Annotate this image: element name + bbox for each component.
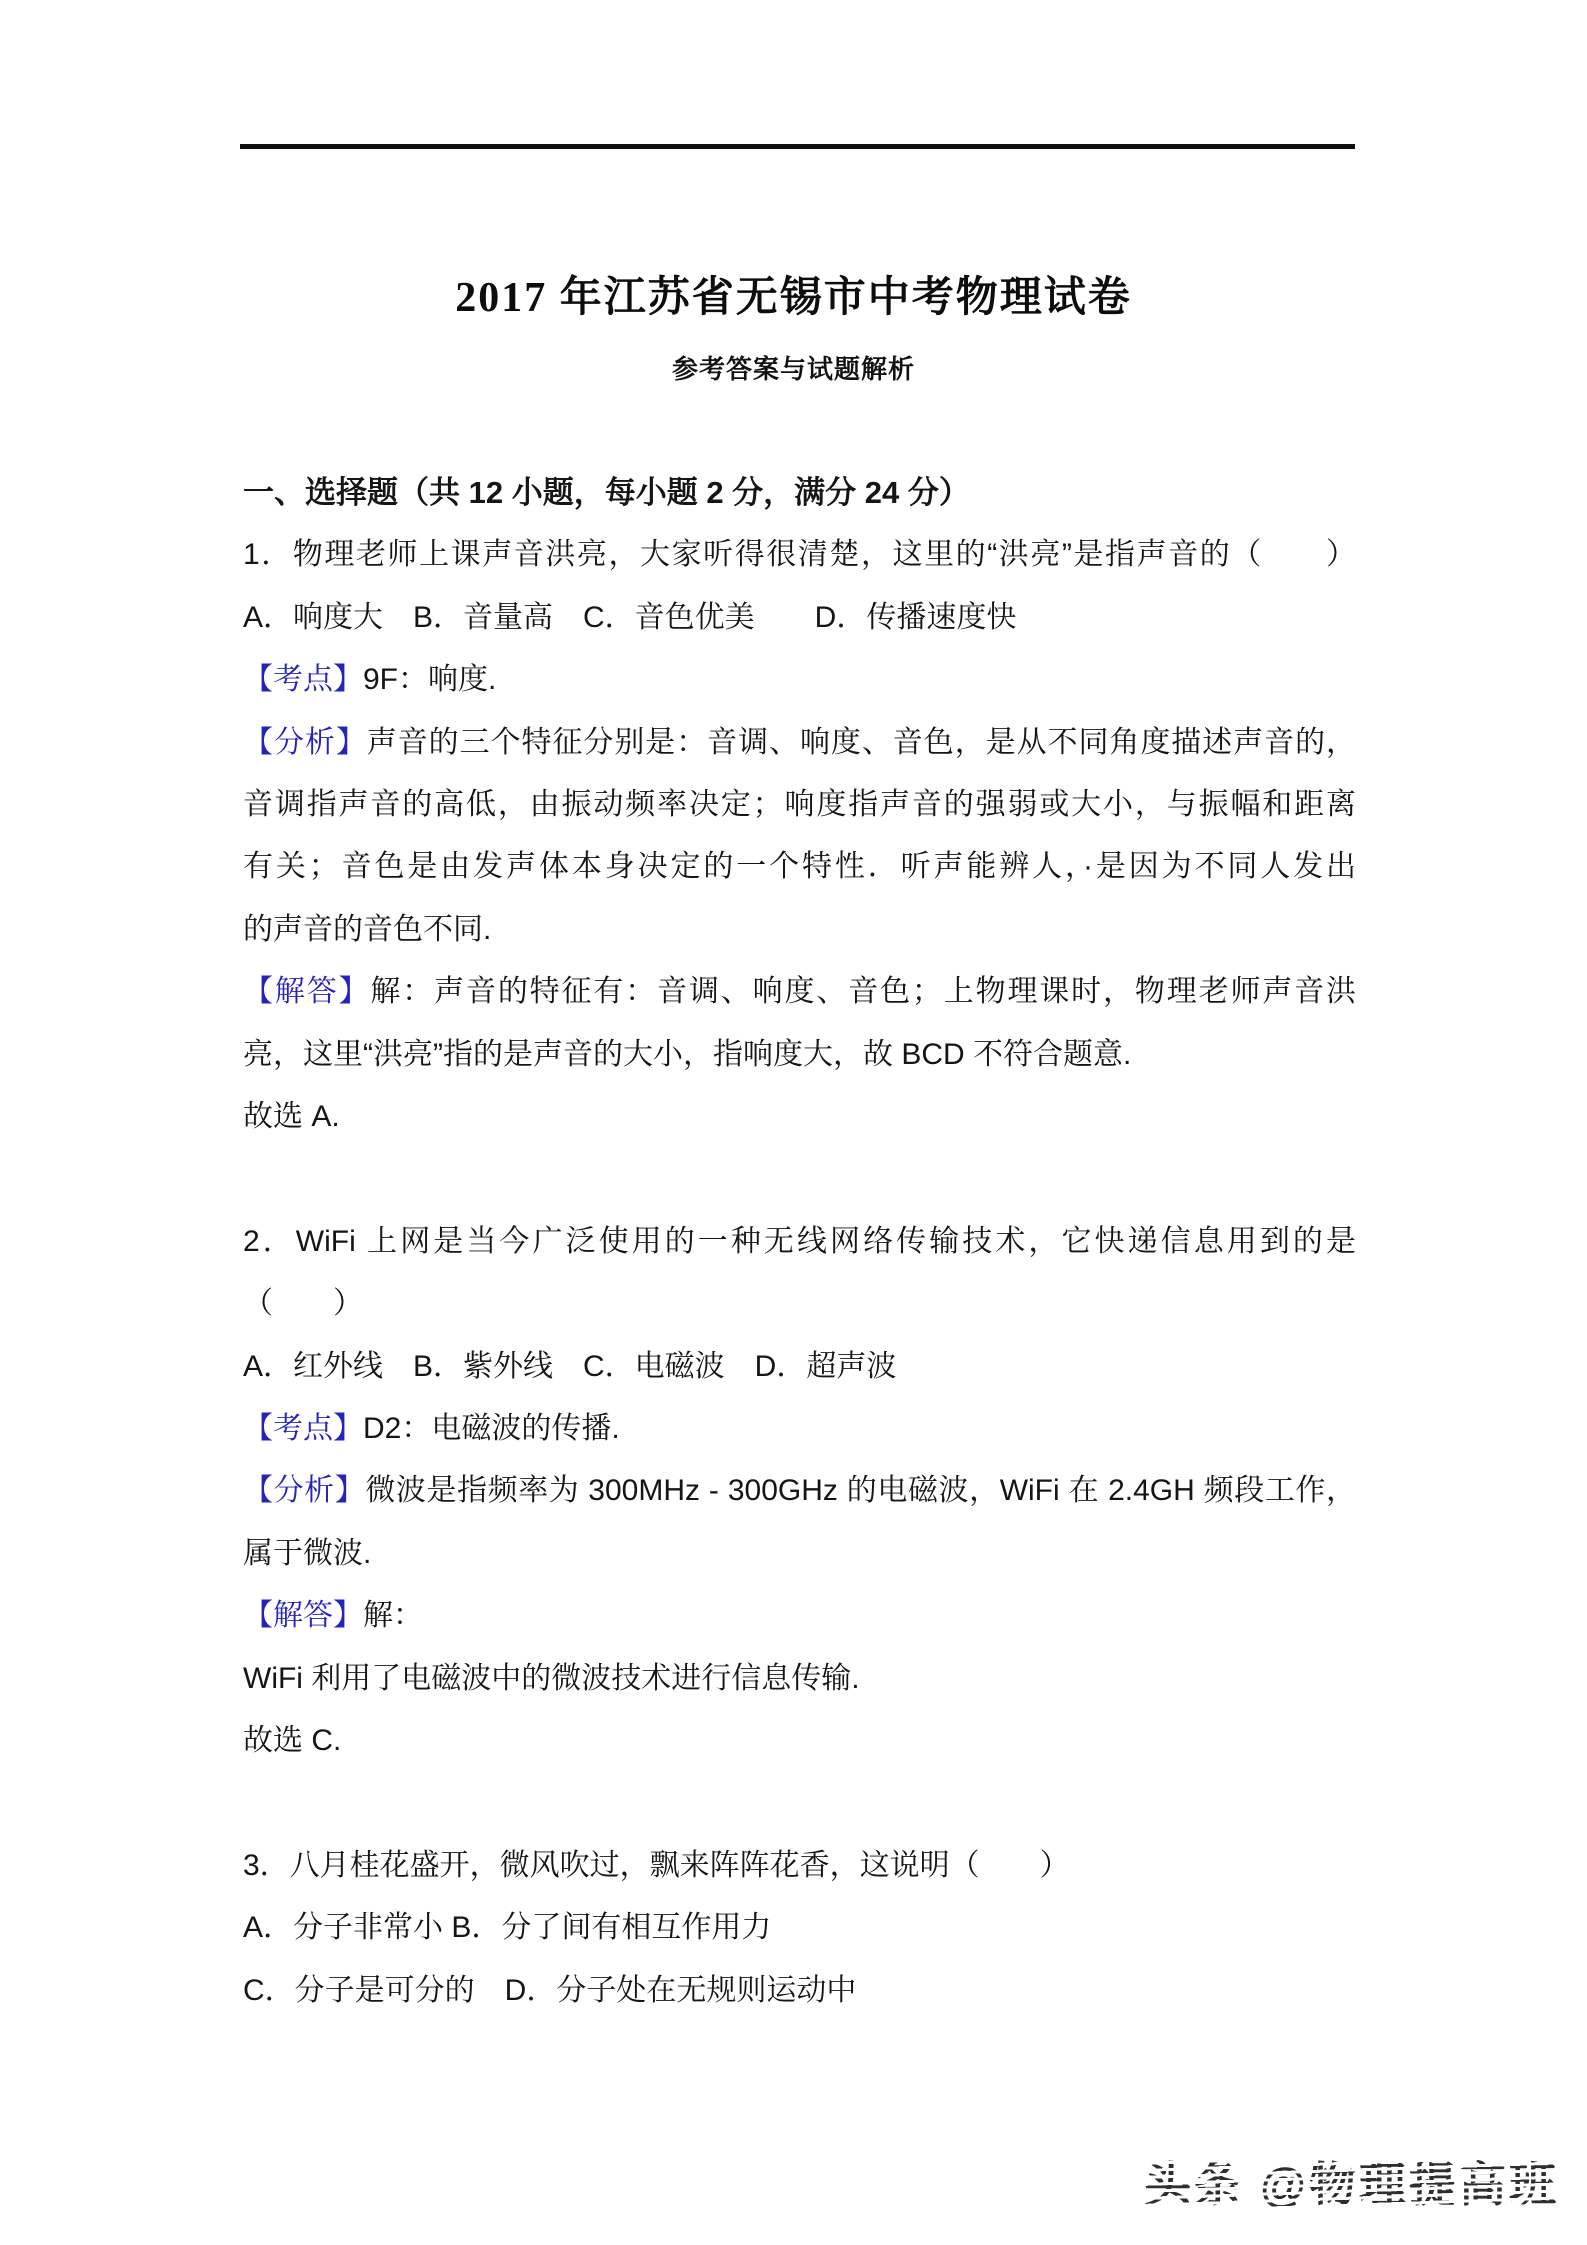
document-page: 2017 年江苏省无锡市中考物理试卷 参考答案与试题解析 一、选择题（共 12 … [0,0,1587,2245]
bracket-tag-label: 【分析】 [243,726,367,759]
text-line: 故选 A. [243,1086,1356,1148]
text-line: 【考点】D2：电磁波的传播. [243,1398,1356,1460]
text-line: 音调指声音的高低，由振动频率决定；响度指声音的强弱或大小，与振幅和距离 [243,774,1356,836]
text-line: 【分析】声音的三个特征分别是：音调、响度、音色，是从不同角度描述声音的， [243,712,1356,774]
text-line: 有关；音色是由发声体本身决定的一个特性．听声能辨人，·是因为不同人发出 [243,836,1356,898]
section-heading: 一、选择题（共 12 小题，每小题 2 分，满分 24 分） [243,462,1356,524]
text-line: 【解答】解：声音的特征有：音调、响度、音色；上物理课时，物理老师声音洪 [243,961,1356,1023]
bracket-tag-label: 【解答】 [243,1599,363,1632]
text-line: （ ） [243,1273,1356,1335]
page-title: 2017 年江苏省无锡市中考物理试卷 [0,264,1587,324]
text-line: 属于微波. [243,1523,1356,1585]
bracket-tag-label: 【考点】 [243,663,363,696]
text-line: 亮，这里“洪亮”指的是声音的大小，指响度大，故 BCD 不符合题意. [243,1024,1356,1086]
text-line: 【解答】解： [243,1585,1356,1647]
bracket-tag-label: 【分析】 [243,1474,365,1507]
header-rule [240,144,1355,149]
text-line: A．红外线 B．紫外线 C．电磁波 D．超声波 [243,1336,1356,1398]
text-line: 2．WiFi 上网是当今广泛使用的一种无线网络传输技术，它快递信息用到的是 [243,1211,1356,1273]
bracket-tag-label: 【考点】 [243,1412,363,1445]
blank-line [243,1148,1356,1210]
text-line: C．分子是可分的 D．分子处在无规则运动中 [243,1960,1356,2022]
text-line: 1．物理老师上课声音洪亮，大家听得很清楚，这里的“洪亮”是指声音的（ ） [243,524,1356,586]
text-line: A．分子非常小 B．分了间有相互作用力 [243,1897,1356,1959]
document-lines: 1．物理老师上课声音洪亮，大家听得很清楚，这里的“洪亮”是指声音的（ ）A．响度… [243,524,1356,2022]
text-line: 【分析】微波是指频率为 300MHz - 300GHz 的电磁波，WiFi 在 … [243,1460,1356,1522]
watermark: 头条 @物理提高班 [1144,2148,1559,2215]
text-line: 的声音的音色不同. [243,899,1356,961]
text-line: A．响度大 B．音量高 C．音色优美 D．传播速度快 [243,587,1356,649]
page-subtitle: 参考答案与试题解析 [0,349,1587,386]
watermark-text: 头条 @物理提高班 [1144,2148,1559,2215]
text-line: 【考点】9F：响度. [243,649,1356,711]
document-body: 一、选择题（共 12 小题，每小题 2 分，满分 24 分） 1．物理老师上课声… [243,462,1356,2022]
bracket-tag-label: 【解答】 [243,975,370,1008]
text-line: 故选 C. [243,1710,1356,1772]
text-line: WiFi 利用了电磁波中的微波技术进行信息传输. [243,1648,1356,1710]
text-line: 3．八月桂花盛开，微风吹过，飘来阵阵花香，这说明（ ） [243,1835,1356,1897]
blank-line [243,1773,1356,1835]
